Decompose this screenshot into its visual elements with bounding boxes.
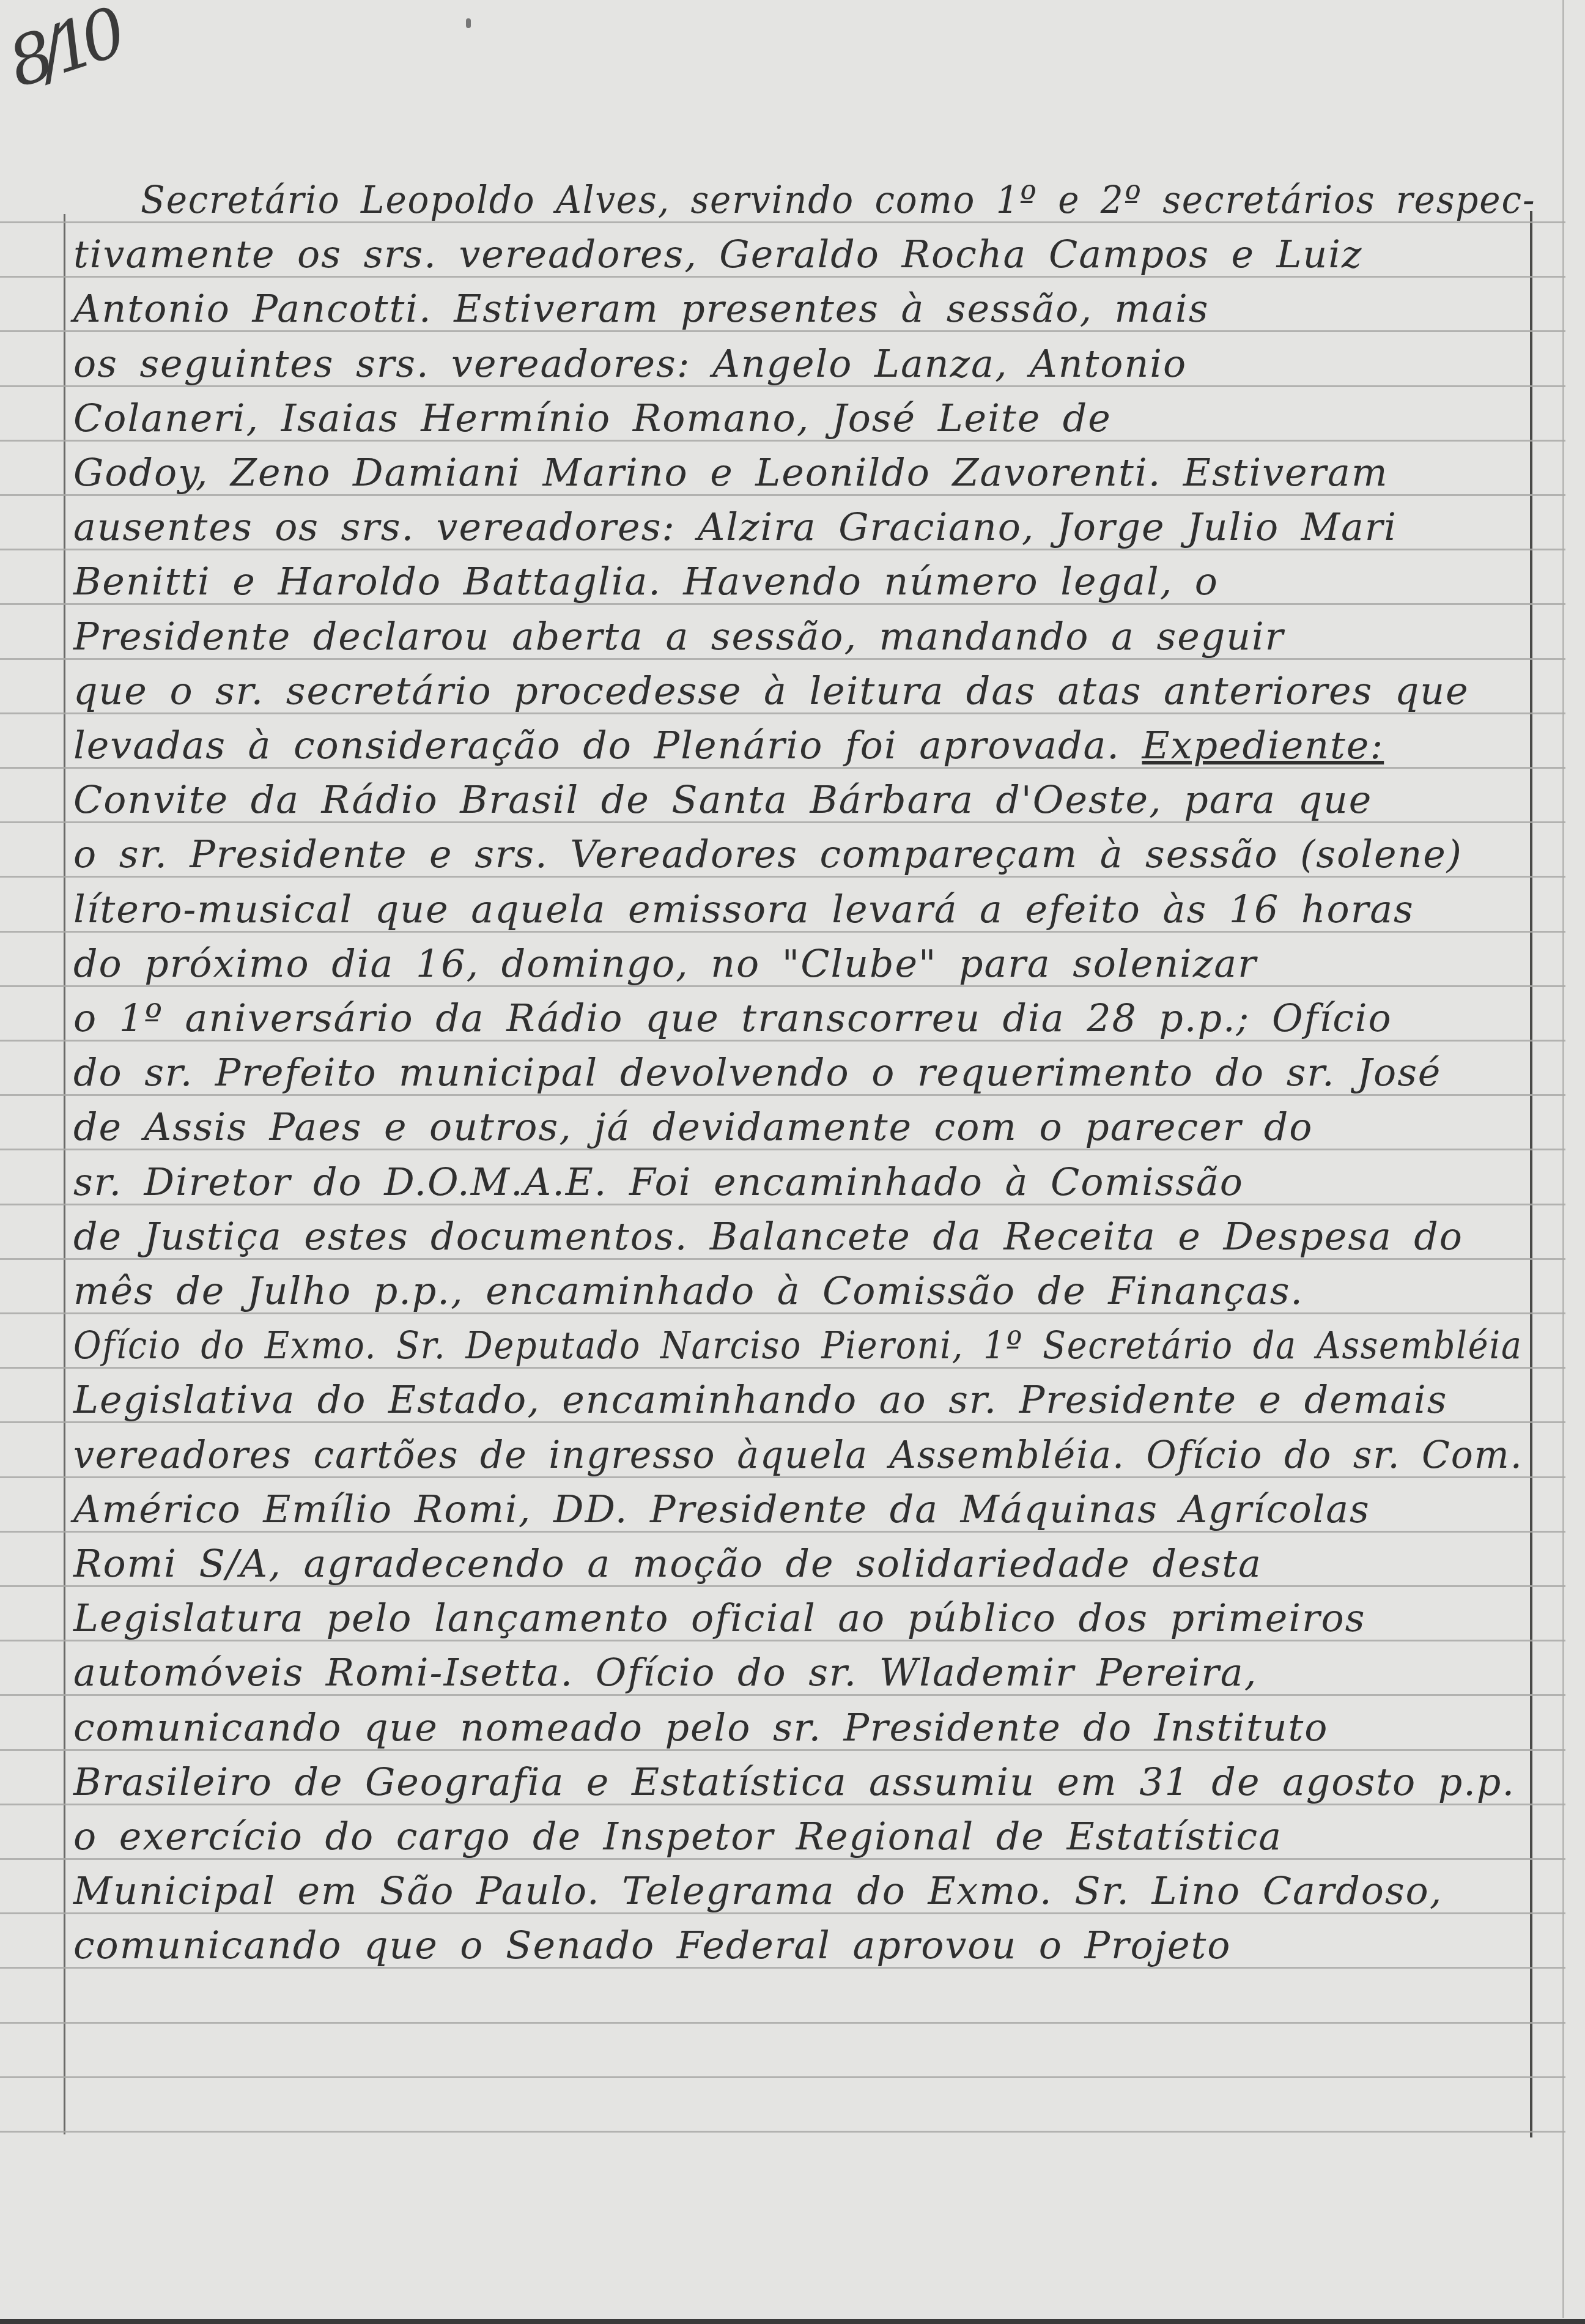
text-line: mês de Julho p.p., encaminhado à Comissã… (73, 1272, 1523, 1310)
text-line: os seguintes srs. vereadores: Angelo Lan… (73, 345, 1523, 383)
text-line: do próximo dia 16, domingo, no "Clube" p… (73, 945, 1523, 983)
text-line: automóveis Romi-Isetta. Ofício do sr. Wl… (73, 1654, 1523, 1692)
text-line: ausentes os srs. vereadores: Alzira Grac… (73, 508, 1523, 546)
text-line: Secretário Leopoldo Alves, servindo como… (141, 181, 1503, 219)
text-line: vereadores cartões de ingresso àquela As… (73, 1436, 1480, 1474)
text-line: Brasileiro de Geografia e Estatística as… (73, 1763, 1523, 1801)
text-line: comunicando que o Senado Federal aprovou… (73, 1926, 1523, 1964)
ruled-line (0, 2076, 1565, 2078)
text-line: o exercício do cargo de Inspetor Regiona… (73, 1818, 1523, 1856)
text-line: Municipal em São Paulo. Telegrama do Exm… (73, 1872, 1523, 1910)
text-line: Romi S/A, agradecendo a moção de solidar… (73, 1545, 1523, 1583)
text-line: Colaneri, Isaias Hermínio Romano, José L… (73, 399, 1523, 437)
text-line: lítero-musical que aquela emissora levar… (73, 890, 1523, 928)
text-line: de Assis Paes e outros, já devidamente c… (73, 1108, 1523, 1146)
scanned-page: 8/10 Secretário Leopoldo Alves, servindo… (0, 0, 1585, 2324)
text-line: do sr. Prefeito municipal devolvendo o r… (73, 1054, 1523, 1092)
right-margin-line (1530, 211, 1532, 2137)
text-line: o sr. Presidente e srs. Vereadores compa… (73, 835, 1523, 873)
ink-dot (466, 18, 471, 28)
text-line: tivamente os srs. vereadores, Geraldo Ro… (73, 235, 1523, 273)
ruled-line (0, 2022, 1565, 2024)
text-line: Benitti e Haroldo Battaglia. Havendo núm… (73, 563, 1523, 601)
text-line: Presidente declarou aberta a sessão, man… (73, 618, 1523, 656)
text-line: Godoy, Zeno Damiani Marino e Leonildo Za… (73, 454, 1523, 492)
text-line: que o sr. secretário procedesse à leitur… (73, 672, 1523, 710)
left-margin-line (64, 214, 65, 2134)
text-line: sr. Diretor do D.O.M.A.E. Foi encaminhad… (73, 1163, 1523, 1201)
ruled-line (0, 2131, 1565, 2133)
text-line: Ofício do Exmo. Sr. Deputado Narciso Pie… (73, 1327, 1375, 1364)
text-line: Convite da Rádio Brasil de Santa Bárbara… (73, 781, 1523, 819)
text-line: Antonio Pancotti. Estiveram presentes à … (73, 290, 1523, 328)
text-line: comunicando que nomeado pelo sr. Preside… (73, 1709, 1523, 1747)
text-line: levadas à consideração do Plenário foi a… (73, 727, 1523, 764)
margin-annotation: 8/10 (1, 0, 158, 196)
page-bottom-edge (0, 2319, 1585, 2324)
text-line: Legislativa do Estado, encaminhando ao s… (73, 1381, 1523, 1419)
text-line: Américo Emílio Romi, DD. Presidente da M… (73, 1490, 1523, 1528)
section-heading-expediente: Expediente: (1142, 723, 1384, 768)
page-edge (1562, 0, 1564, 2318)
text-line: de Justiça estes documentos. Balancete d… (73, 1218, 1523, 1256)
text-line: Legislatura pelo lançamento oficial ao p… (73, 1599, 1523, 1637)
text-line: o 1º aniversário da Rádio que transcorre… (73, 999, 1523, 1037)
